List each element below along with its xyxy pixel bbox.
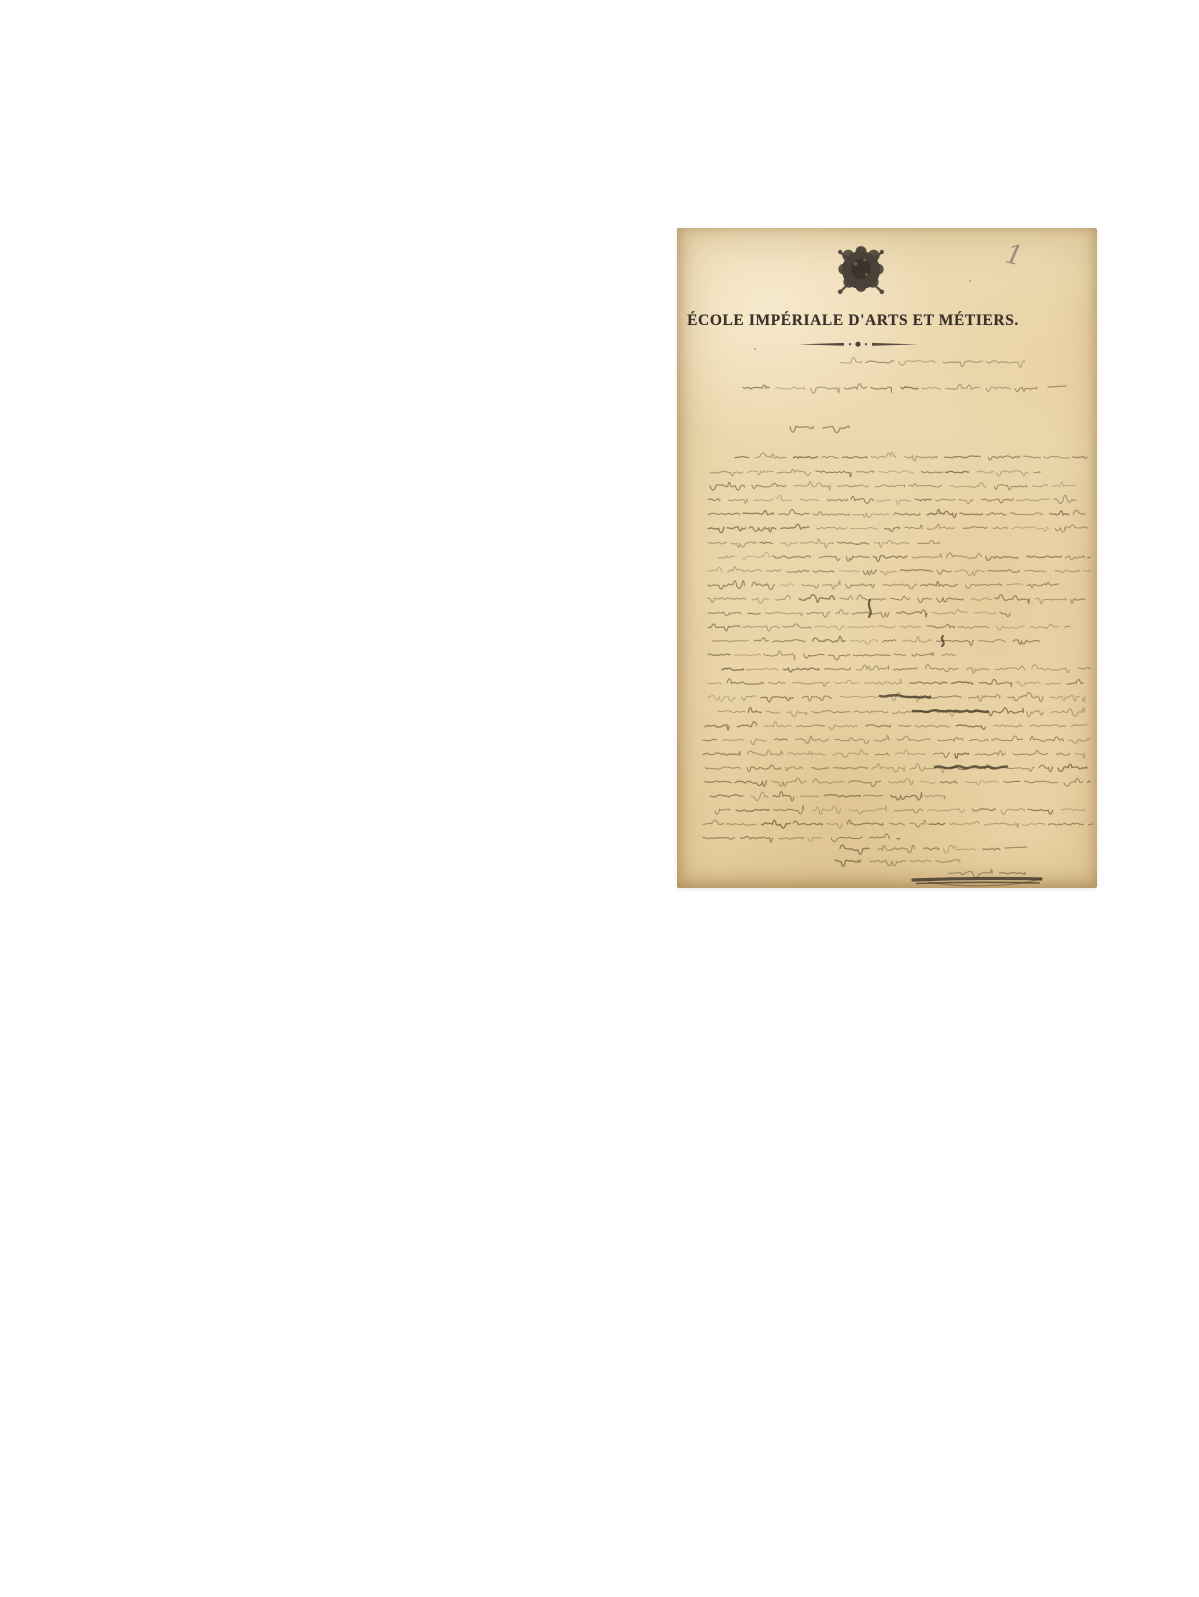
scanned-letter-sheet: ÉCOLE IMPÉRIALE D'ARTS ET MÉTIERS. 1 [677,228,1097,888]
handwritten-letter-body [677,228,1097,888]
page-background: ÉCOLE IMPÉRIALE D'ARTS ET MÉTIERS. 1 [0,0,1199,1597]
